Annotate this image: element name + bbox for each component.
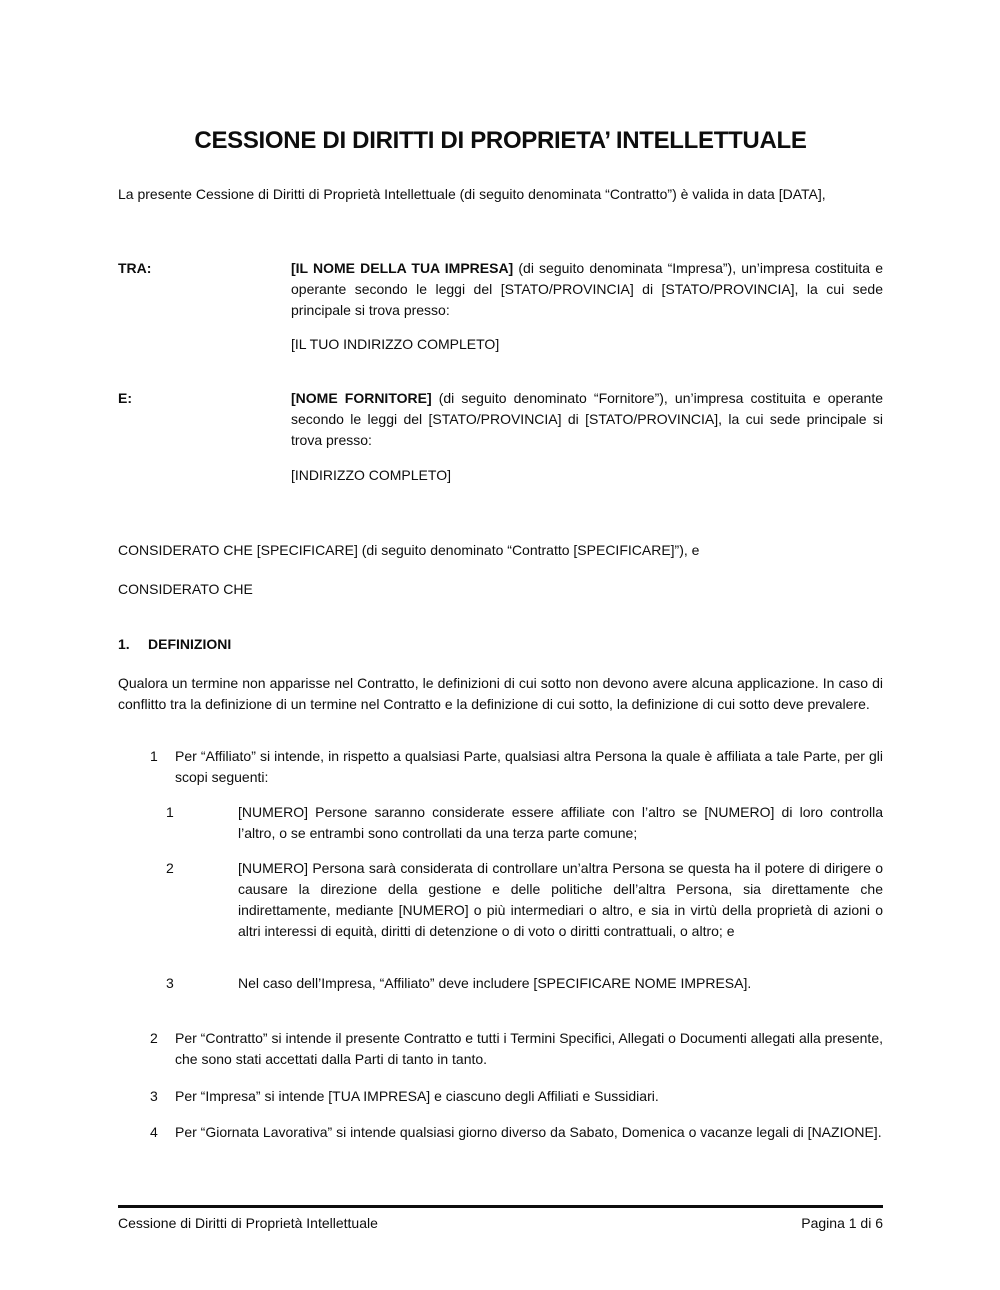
subitem-number: 3 <box>166 973 238 994</box>
subitem-text: [NUMERO] Persone saranno considerate ess… <box>238 802 883 844</box>
section-heading-label: DEFINIZIONI <box>148 634 883 655</box>
recital-2: CONSIDERATO CHE <box>118 579 883 600</box>
subitem-text: [NUMERO] Persona sarà considerata di con… <box>238 858 883 942</box>
list-subitem-1-1: 1 [NUMERO] Persone saranno considerate e… <box>166 802 883 844</box>
subitem-number: 1 <box>166 802 238 844</box>
document-page: CESSIONE DI DIRITTI DI PROPRIETA’ INTELL… <box>0 0 1000 1290</box>
item-number: 2 <box>150 1028 175 1070</box>
party-address-e: [INDIRIZZO COMPLETO] <box>291 465 883 486</box>
item-number: 4 <box>150 1122 175 1143</box>
item-text: Per “Impresa” si intende [TUA IMPRESA] e… <box>175 1086 883 1107</box>
intro-paragraph: La presente Cessione di Diritti di Propr… <box>118 184 883 205</box>
footer-document-title: Cessione di Diritti di Proprietà Intelle… <box>118 1213 378 1234</box>
party-row-tra: TRA: [IL NOME DELLA TUA IMPRESA] (di seg… <box>118 258 883 321</box>
document-title: CESSIONE DI DIRITTI DI PROPRIETA’ INTELL… <box>118 124 883 158</box>
party-address-tra: [IL TUO INDIRIZZO COMPLETO] <box>291 334 883 355</box>
list-item-3: 3 Per “Impresa” si intende [TUA IMPRESA]… <box>150 1086 883 1107</box>
party-label-e: E: <box>118 388 291 451</box>
party-text-tra: [IL NOME DELLA TUA IMPRESA] (di seguito … <box>291 258 883 321</box>
definitions-intro: Qualora un termine non apparisse nel Con… <box>118 673 883 715</box>
item-number: 3 <box>150 1086 175 1107</box>
recital-1: CONSIDERATO CHE [SPECIFICARE] (di seguit… <box>118 540 883 561</box>
footer-page-number: Pagina 1 di 6 <box>801 1213 883 1234</box>
list-subitem-1-3: 3 Nel caso dell’Impresa, “Affiliato” dev… <box>166 973 883 994</box>
party-name-tra: [IL NOME DELLA TUA IMPRESA] <box>291 260 513 276</box>
page-footer: Cessione di Diritti di Proprietà Intelle… <box>118 1205 883 1234</box>
party-name-e: [NOME FORNITORE] <box>291 390 432 406</box>
subitem-number: 2 <box>166 858 238 942</box>
party-text-e: [NOME FORNITORE] (di seguito denominato … <box>291 388 883 451</box>
party-label-tra: TRA: <box>118 258 291 321</box>
list-item-1: 1 Per “Affiliato” si intende, in rispett… <box>150 746 883 788</box>
item-text: Per “Giornata Lavorativa” si intende qua… <box>175 1122 883 1143</box>
item-number: 1 <box>150 746 175 788</box>
list-item-2: 2 Per “Contratto” si intende il presente… <box>150 1028 883 1070</box>
list-subitem-1-2: 2 [NUMERO] Persona sarà considerata di c… <box>166 858 883 942</box>
section-number: 1. <box>118 634 148 655</box>
list-item-4: 4 Per “Giornata Lavorativa” si intende q… <box>150 1122 883 1143</box>
section-heading: 1. DEFINIZIONI <box>118 634 883 655</box>
party-row-e: E: [NOME FORNITORE] (di seguito denomina… <box>118 388 883 451</box>
item-text: Per “Affiliato” si intende, in rispetto … <box>175 746 883 788</box>
item-text: Per “Contratto” si intende il presente C… <box>175 1028 883 1070</box>
subitem-text: Nel caso dell’Impresa, “Affiliato” deve … <box>238 973 883 994</box>
